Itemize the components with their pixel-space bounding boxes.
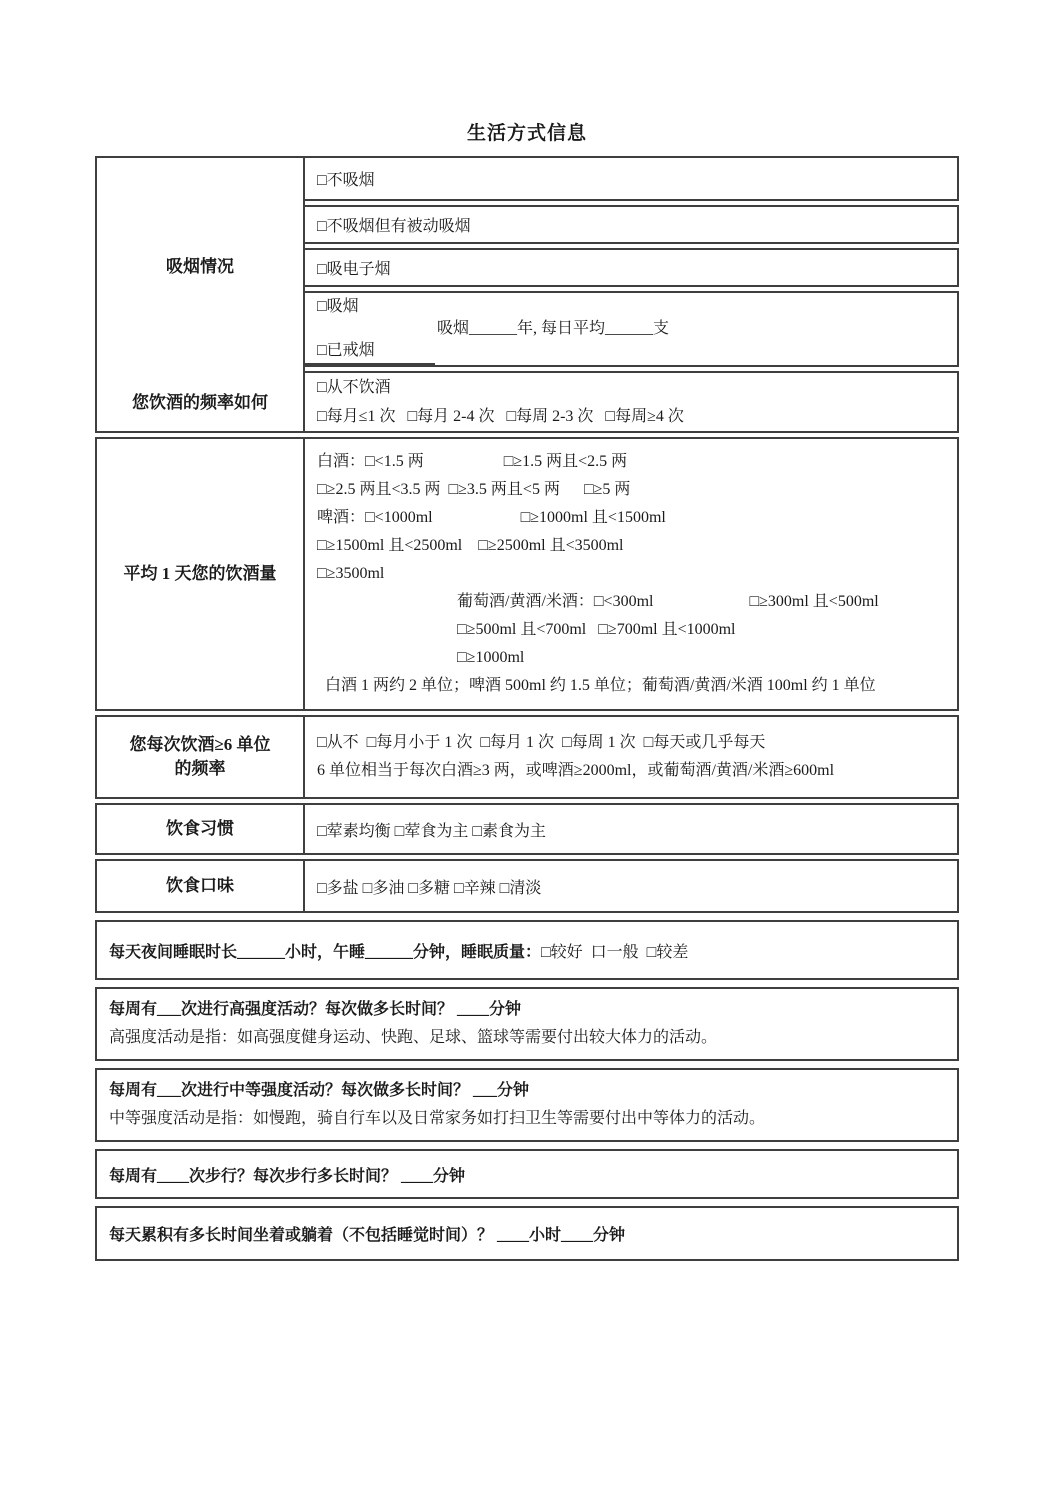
checkbox-option-e-cigarette[interactable]: □吸电子烟 xyxy=(303,248,959,287)
smoking-options-stack: □不吸烟 □不吸烟但有被动吸烟 □吸电子烟 □吸烟 吸烟______年, 每日平… xyxy=(303,156,959,433)
diet-taste-option-line: □多盐 □多油 □多糖 □辛辣 □清淡 xyxy=(317,875,541,898)
option-text-passive-smoking: □不吸烟但有被动吸烟 xyxy=(317,213,957,236)
smoking-section-label: 吸烟情况 xyxy=(97,255,303,279)
drink-amount-options[interactable]: 白酒：□<1.5 两 □≥1.5 两且<2.5 两 □≥2.5 两且<3.5 两… xyxy=(303,437,959,711)
smoking-years-blank-field[interactable]: 吸烟______年, 每日平均______支 xyxy=(437,318,957,340)
high-intensity-note: 高强度活动是指：如高强度健身运动、快跑、足球、篮球等需要付出较大体力的活动。 xyxy=(109,1024,945,1052)
drink-frequency-options[interactable]: □从不饮酒 □每月≤1 次 □每月 2-4 次 □每周 2-3 次 □每周≥4 … xyxy=(303,371,959,433)
diet-taste-label: 饮食口味 xyxy=(166,874,234,898)
quit-smoking-underline xyxy=(305,363,435,365)
diet-habit-option-line: □荤素均衡 □荤食为主 □素食为主 xyxy=(317,818,546,841)
checkbox-option-passive-smoking[interactable]: □不吸烟但有被动吸烟 xyxy=(303,205,959,244)
medium-intensity-note: 中等强度活动是指：如慢跑，骑自行车以及日常家务如打扫卫生等需要付出中等体力的活动… xyxy=(109,1105,945,1133)
label-cell-drink-amount: 平均 1 天您的饮酒量 xyxy=(95,437,305,711)
medium-intensity-question-box[interactable]: 每周有___次进行中等强度活动？每次做多长时间？ ___分钟 中等强度活动是指：… xyxy=(95,1068,959,1142)
diet-habit-options[interactable]: □荤素均衡 □荤食为主 □素食为主 xyxy=(303,803,959,855)
amount-line-beer-2: □≥1500ml 且<2500ml □≥2500ml 且<3500ml xyxy=(317,532,957,560)
six-unit-note: 6 单位相当于每次白酒≥3 两，或啤酒≥2000ml，或葡萄酒/黄酒/米酒≥60… xyxy=(317,757,957,785)
checkbox-option-smoking-or-quit[interactable]: □吸烟 吸烟______年, 每日平均______支 □已戒烟 xyxy=(303,291,959,367)
sitting-question: 每天累积有多长时间坐着或躺着（不包括睡觉时间）？ ____小时____分钟 xyxy=(109,1222,625,1245)
form-body: 生活方式信息 吸烟情况 您饮酒的频率如何 □不吸烟 □不吸烟但有被动吸烟 □吸电… xyxy=(95,0,959,1261)
row-smoking-and-drink-freq: 吸烟情况 您饮酒的频率如何 □不吸烟 □不吸烟但有被动吸烟 □吸电子烟 □吸烟 … xyxy=(95,156,959,433)
high-intensity-question: 每周有___次进行高强度活动？每次做多长时间？ ____分钟 xyxy=(109,996,945,1024)
option-text-no-smoking: □不吸烟 xyxy=(317,167,957,190)
diet-taste-options[interactable]: □多盐 □多油 □多糖 □辛辣 □清淡 xyxy=(303,859,959,913)
questionnaire-page: 生活方式信息 吸烟情况 您饮酒的频率如何 □不吸烟 □不吸烟但有被动吸烟 □吸电… xyxy=(0,0,1050,1485)
sleep-quality-options: □较好 口一般 □较差 xyxy=(541,939,688,962)
amount-line-wine-3: □≥1000ml xyxy=(457,644,957,672)
option-text-smoking: □吸烟 xyxy=(317,296,957,318)
option-text-quit-smoking: □已戒烟 xyxy=(317,340,957,362)
page-title: 生活方式信息 xyxy=(95,0,959,156)
amount-line-beer-3: □≥3500ml xyxy=(317,560,957,588)
amount-line-wine-2: □≥500ml 且<700ml □≥700ml 且<1000ml xyxy=(457,616,957,644)
walking-question-box[interactable]: 每周有____次步行？每次步行多长时间？ ____分钟 xyxy=(95,1149,959,1199)
label-cell-six-unit: 您每次饮酒≥6 单位 的频率 xyxy=(95,715,305,799)
medium-intensity-question: 每周有___次进行中等强度活动？每次做多长时间？ ___分钟 xyxy=(109,1077,945,1105)
amount-line-beer-1: 啤酒：□<1000ml □≥1000ml 且<1500ml xyxy=(317,504,957,532)
option-text-never-drink: □从不饮酒 xyxy=(317,373,957,402)
drink-frequency-section-label: 您饮酒的频率如何 xyxy=(97,391,303,415)
amount-line-baijiu-1: 白酒：□<1.5 两 □≥1.5 两且<2.5 两 xyxy=(317,448,957,476)
amount-line-wine-1: 葡萄酒/黄酒/米酒：□<300ml □≥300ml 且<500ml xyxy=(457,588,957,616)
label-cell-diet-habit: 饮食习惯 xyxy=(95,803,305,855)
six-unit-label-line2: 的频率 xyxy=(175,757,226,781)
walking-question: 每周有____次步行？每次步行多长时间？ ____分钟 xyxy=(109,1163,465,1186)
diet-habit-label: 饮食习惯 xyxy=(166,817,234,841)
label-cell-diet-taste: 饮食口味 xyxy=(95,859,305,913)
six-unit-option-line: □从不 □每月小于 1 次 □每月 1 次 □每周 1 次 □每天或几乎每天 xyxy=(317,729,957,757)
high-intensity-question-box[interactable]: 每周有___次进行高强度活动？每次做多长时间？ ____分钟 高强度活动是指：如… xyxy=(95,987,959,1061)
six-unit-options[interactable]: □从不 □每月小于 1 次 □每月 1 次 □每周 1 次 □每天或几乎每天 6… xyxy=(303,715,959,799)
sleep-question-box[interactable]: 每天夜间睡眠时长______小时，午睡______分钟，睡眠质量：□较好 口一般… xyxy=(95,920,959,980)
row-drink-amount: 平均 1 天您的饮酒量 白酒：□<1.5 两 □≥1.5 两且<2.5 两 □≥… xyxy=(95,437,959,711)
option-text-e-cigarette: □吸电子烟 xyxy=(317,256,957,279)
amount-unit-note: 白酒 1 两约 2 单位；啤酒 500ml 约 1.5 单位；葡萄酒/黄酒/米酒… xyxy=(325,672,957,700)
drink-amount-section-label: 平均 1 天您的饮酒量 xyxy=(124,562,277,586)
checkbox-option-no-smoking[interactable]: □不吸烟 xyxy=(303,156,959,201)
option-text-drink-frequencies: □每月≤1 次 □每月 2-4 次 □每周 2-3 次 □每周≥4 次 xyxy=(317,402,957,431)
row-diet-taste: 饮食口味 □多盐 □多油 □多糖 □辛辣 □清淡 xyxy=(95,859,959,913)
six-unit-label-line1: 您每次饮酒≥6 单位 xyxy=(129,733,270,757)
sitting-question-box[interactable]: 每天累积有多长时间坐着或躺着（不包括睡觉时间）？ ____小时____分钟 xyxy=(95,1206,959,1261)
amount-line-baijiu-2: □≥2.5 两且<3.5 两 □≥3.5 两且<5 两 □≥5 两 xyxy=(317,476,957,504)
label-cell-smoking: 吸烟情况 您饮酒的频率如何 xyxy=(95,156,305,433)
row-diet-habit: 饮食习惯 □荤素均衡 □荤食为主 □素食为主 xyxy=(95,803,959,855)
sleep-question-text: 每天夜间睡眠时长______小时，午睡______分钟，睡眠质量： xyxy=(109,939,541,962)
row-six-unit-frequency: 您每次饮酒≥6 单位 的频率 □从不 □每月小于 1 次 □每月 1 次 □每周… xyxy=(95,715,959,799)
